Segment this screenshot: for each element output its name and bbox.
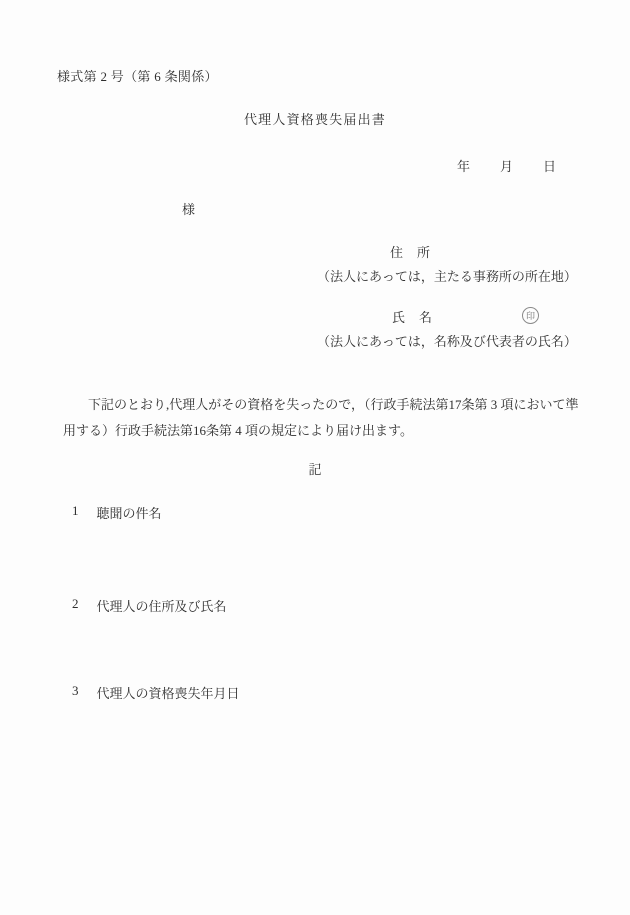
name-note: （法人にあっては，名称及び代表者の氏名） <box>317 331 577 350</box>
item-number: 1 <box>72 503 79 522</box>
list-item-hearing-subject: 1 聴聞の件名 <box>72 503 162 522</box>
name-label: 氏 名 <box>392 307 433 326</box>
item-text: 代理人の資格喪失年月日 <box>97 683 240 702</box>
seal-character: 印 <box>526 309 535 322</box>
document-page: 様式第 2 号（第 6 条関係） 代理人資格喪失届出書 年 月 日 様 住 所 … <box>0 0 630 915</box>
item-text: 代理人の住所及び氏名 <box>97 596 227 615</box>
body-text-line-2: 用する）行政手続法第16条第 4 項の規定により届け出ます。 <box>63 420 413 439</box>
date-day-label: 日 <box>543 156 556 175</box>
section-marker: 記 <box>0 459 630 478</box>
form-number: 様式第 2 号（第 6 条関係） <box>57 66 218 85</box>
body-text-line-1: 下記のとおり,代理人がその資格を失ったので，（行政手続法第17条第 3 項におい… <box>63 394 579 413</box>
document-title: 代理人資格喪失届出書 <box>0 109 630 128</box>
list-item-loss-date: 3 代理人の資格喪失年月日 <box>72 683 240 702</box>
item-text: 聴聞の件名 <box>97 503 162 522</box>
list-item-agent-address-name: 2 代理人の住所及び氏名 <box>72 596 227 615</box>
seal-icon: 印 <box>522 307 539 324</box>
date-year-label: 年 <box>457 156 470 175</box>
item-number: 2 <box>72 596 79 615</box>
address-label: 住 所 <box>390 242 431 261</box>
date-line: 年 月 日 <box>457 156 556 175</box>
item-number: 3 <box>72 683 79 702</box>
date-month-label: 月 <box>500 156 513 175</box>
address-note: （法人にあっては，主たる事務所の所在地） <box>317 266 577 285</box>
addressee-label: 様 <box>182 199 195 218</box>
